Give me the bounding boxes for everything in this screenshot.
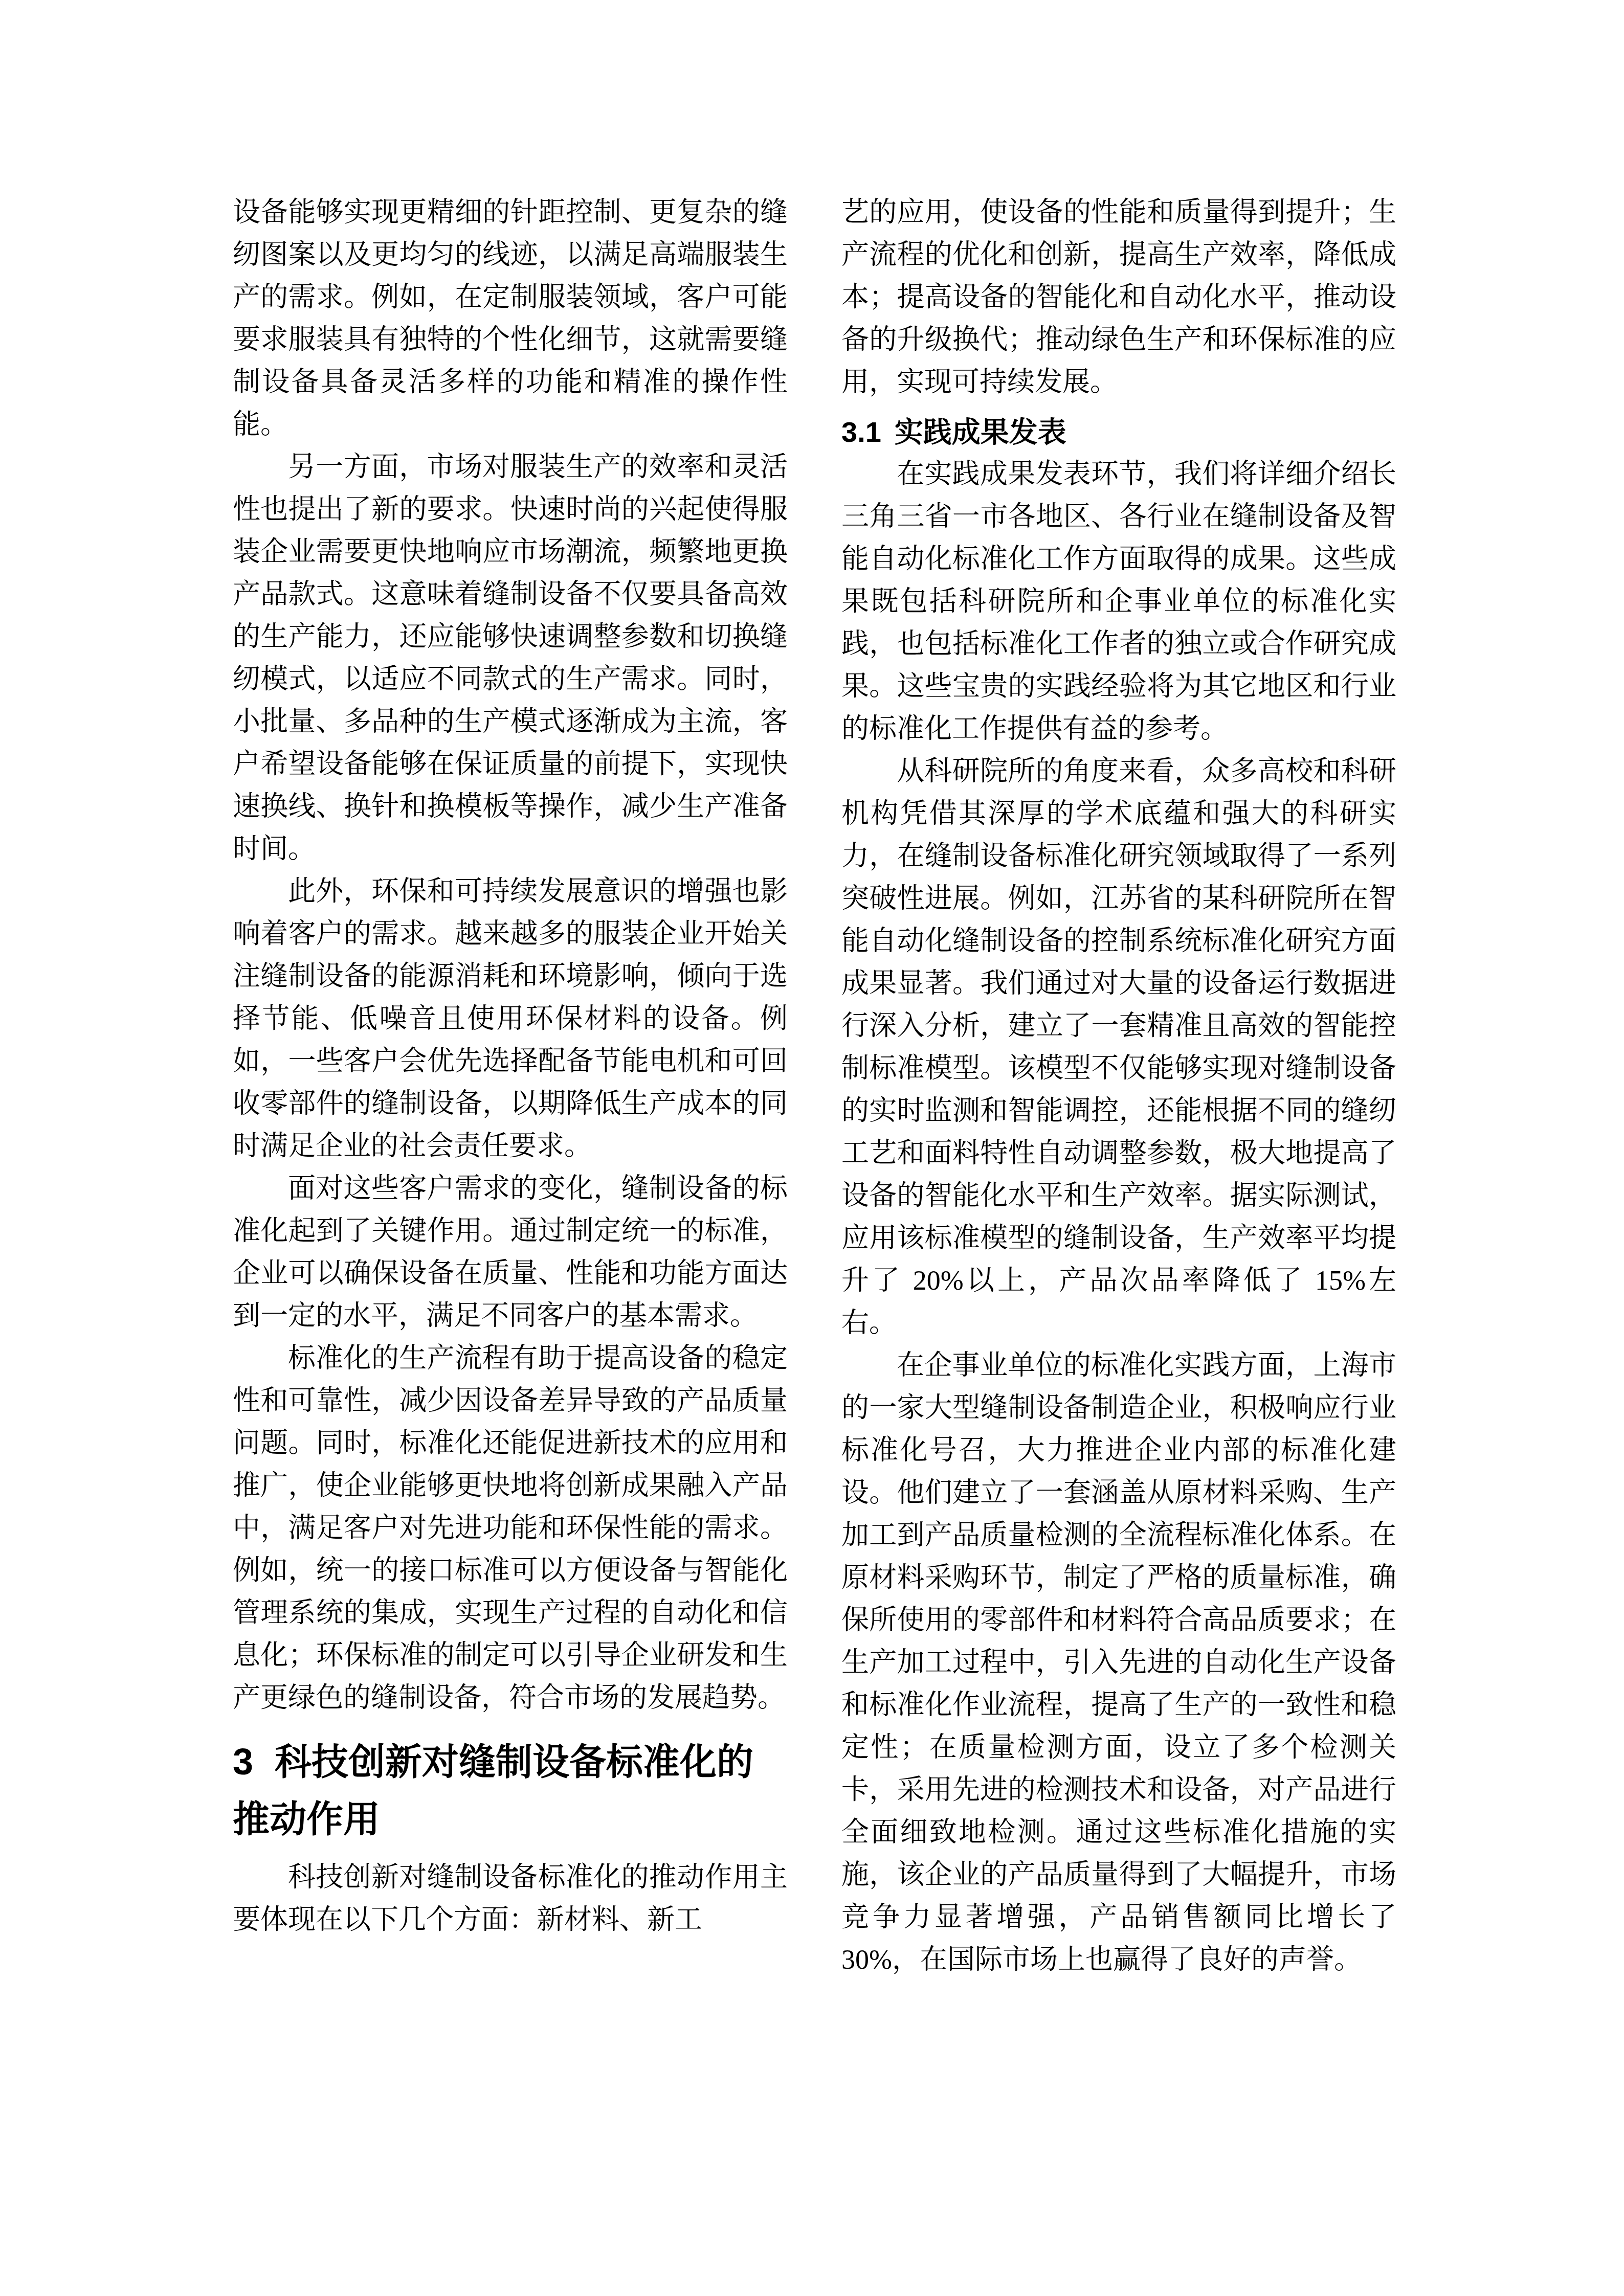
paragraph: 标准化的生产流程有助于提高设备的稳定性和可靠性，减少因设备差异导致的产品质量问题… (233, 1337, 788, 1719)
section-title: 科技创新对缝制设备标准化的推动作用 (233, 1742, 753, 1840)
subsection-heading: 3.1实践成果发表 (841, 411, 1396, 453)
right-text-column: 艺的应用，使设备的性能和质量得到提升；生产流程的优化和创新，提高生产效率，降低成… (841, 191, 1396, 1981)
subsection-title: 实践成果发表 (895, 416, 1066, 448)
paragraph: 面对这些客户需求的变化，缝制设备的标准化起到了关键作用。通过制定统一的标准，企业… (233, 1167, 788, 1337)
paragraph: 设备能够实现更精细的针距控制、更复杂的缝纫图案以及更均匀的线迹，以满足高端服装生… (233, 191, 788, 446)
section-heading: 3科技创新对缝制设备标准化的推动作用 (233, 1734, 788, 1848)
section-number: 3 (233, 1742, 253, 1783)
paragraph: 此外，环保和可持续发展意识的增强也影响着客户的需求。越来越多的服装企业开始关注缝… (233, 870, 788, 1167)
paragraph: 在实践成果发表环节，我们将详细介绍长三角三省一市各地区、各行业在缝制设备及智能自… (841, 453, 1396, 750)
document-page: 设备能够实现更精细的针距控制、更复杂的缝纫图案以及更均匀的线迹，以满足高端服装生… (0, 0, 1624, 2296)
paragraph: 从科研院所的角度来看，众多高校和科研机构凭借其深厚的学术底蕴和强大的科研实力，在… (841, 750, 1396, 1344)
paragraph: 在企事业单位的标准化实践方面，上海市的一家大型缝制设备制造企业，积极响应行业标准… (841, 1344, 1396, 1981)
paragraph: 艺的应用，使设备的性能和质量得到提升；生产流程的优化和创新，提高生产效率，降低成… (841, 191, 1396, 403)
paragraph: 科技创新对缝制设备标准化的推动作用主要体现在以下几个方面：新材料、新工 (233, 1856, 788, 1941)
subsection-number: 3.1 (841, 416, 881, 448)
left-text-column: 设备能够实现更精细的针距控制、更复杂的缝纫图案以及更均匀的线迹，以满足高端服装生… (233, 191, 788, 1941)
paragraph: 另一方面，市场对服装生产的效率和灵活性也提出了新的要求。快速时尚的兴起使得服装企… (233, 446, 788, 870)
